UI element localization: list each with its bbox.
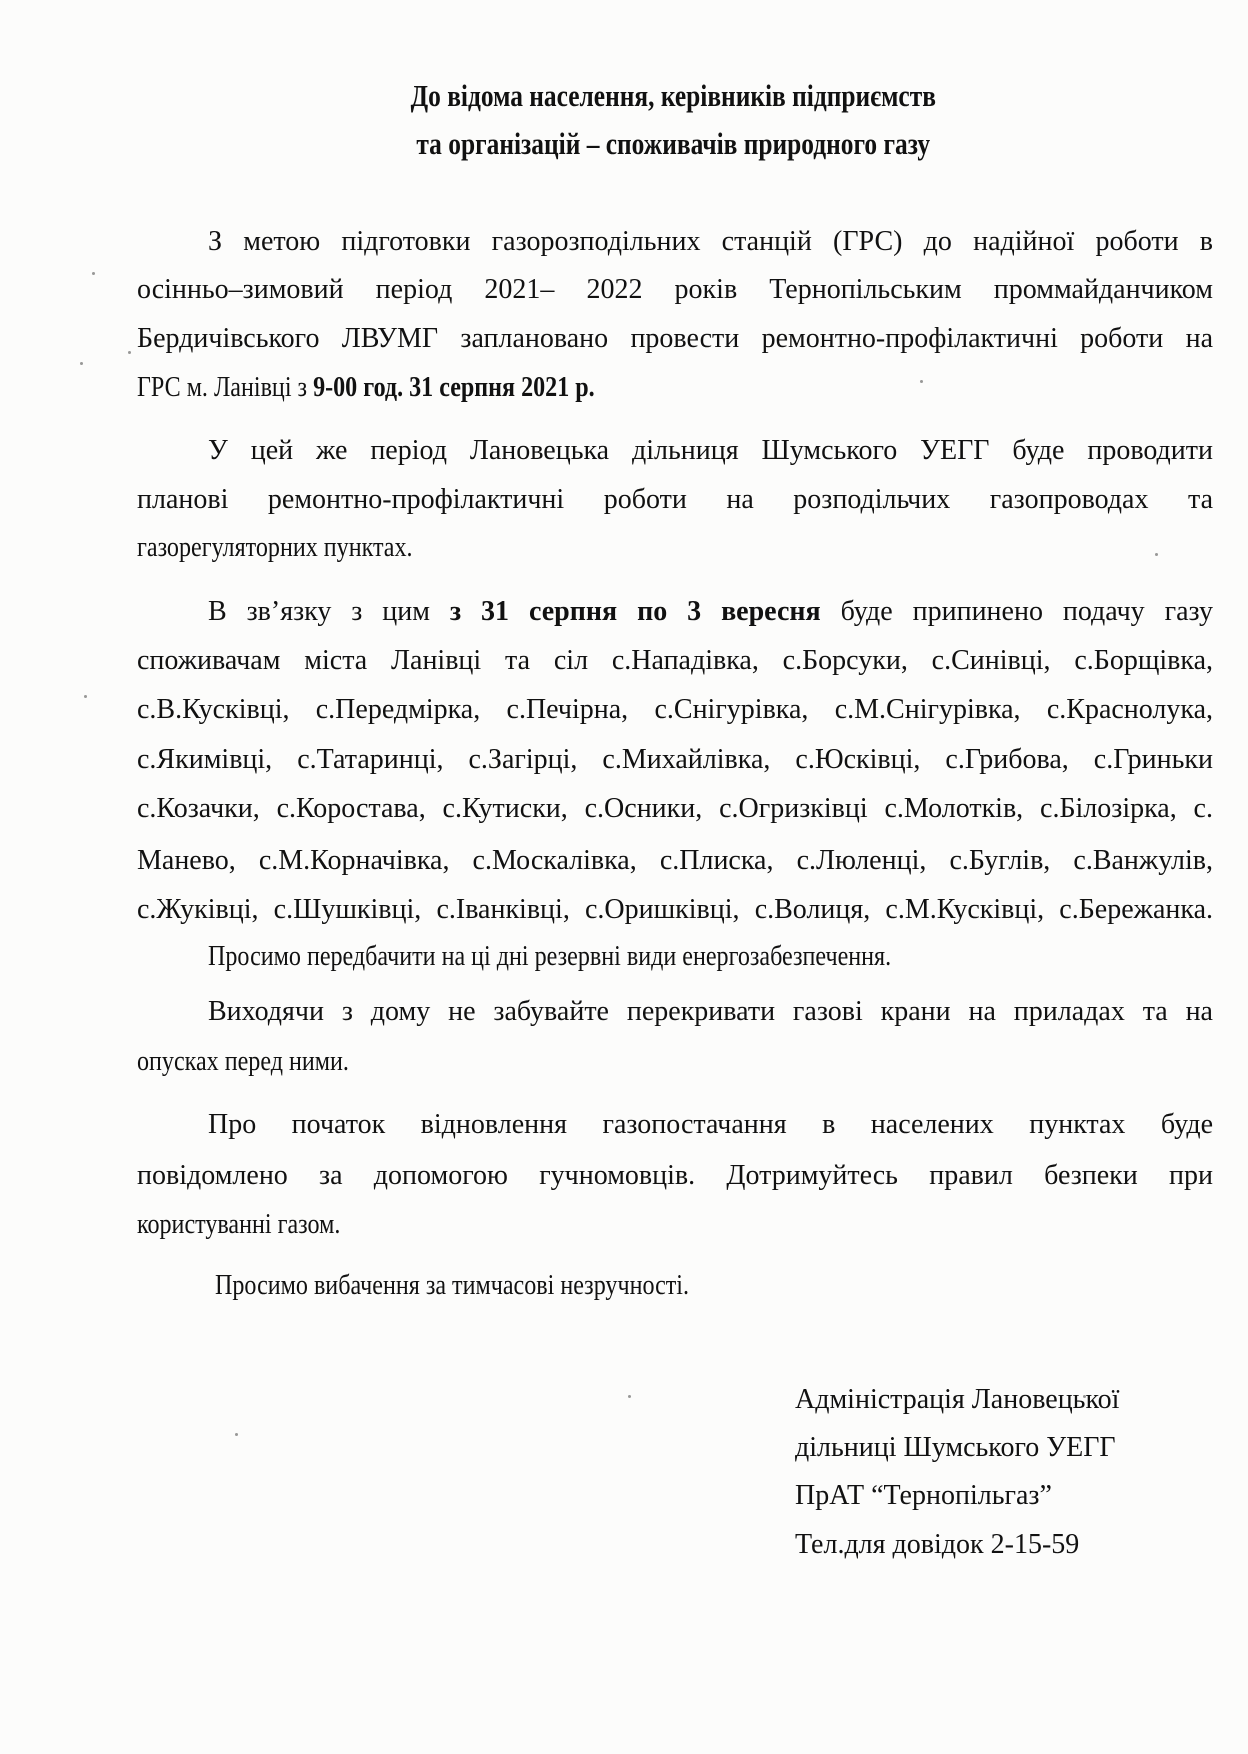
scan-speck	[920, 380, 923, 383]
work-start-date: 9-00 год. 31 серпня 2021 р.	[313, 372, 595, 403]
paragraph-3-plain-text: В зв’язку з цим	[208, 596, 450, 627]
notice-title-line-2: та організацій – споживачів природного г…	[300, 126, 1046, 162]
paragraph-6-line-1: Про початок відновлення газопостачання в…	[208, 1109, 1213, 1141]
paragraph-5-line-2: опусках перед ними.	[137, 1046, 1213, 1078]
paragraph-1-line-2: осінньо–зимовий період 2021– 2022 років …	[137, 274, 1213, 306]
village-list-line-4: с.Козачки, с.Коростава, с.Кутиски, с.Осн…	[137, 793, 1213, 825]
paragraph-1-line-4: ГРС м. Ланівці з 9-00 год. 31 серпня 202…	[137, 372, 1213, 404]
signature-line-4: Тел.для довідок 2-15-59	[795, 1529, 1079, 1561]
backup-energy-request: Просимо передбачити на ці дні резервні в…	[208, 941, 1213, 973]
scan-speck	[84, 695, 87, 698]
paragraph-3-line-1: В зв’язку з цим з 31 серпня по 3 вересня…	[208, 596, 1213, 628]
paragraph-6-line-3: користуванні газом.	[137, 1209, 1213, 1241]
village-list-line-3: с.Якимівці, с.Татаринці, с.Загірці, с.Ми…	[137, 744, 1213, 776]
scan-speck	[128, 351, 131, 354]
village-list-line-1: споживачам міста Ланівці та сіл с.Нападі…	[137, 645, 1213, 677]
scan-speck	[235, 1433, 238, 1436]
paragraph-2-line-1: У цей же період Лановецька дільниця Шумс…	[208, 435, 1213, 467]
scan-speck	[1155, 553, 1158, 556]
village-list-line-2: с.В.Кусківці, с.Передмірка, с.Печірна, с…	[137, 694, 1213, 726]
paragraph-3-suffix-text: буде припинено подачу газу	[821, 596, 1213, 627]
document-page: До відома населення, керівників підприєм…	[0, 0, 1248, 1754]
scan-speck	[92, 272, 95, 275]
paragraph-5-line-1: Виходячи з дому не забувайте перекривати…	[208, 996, 1213, 1028]
paragraph-1-line-3: Бердичівського ЛВУМГ заплановано провест…	[137, 323, 1213, 355]
scan-speck	[80, 362, 83, 365]
scan-speck	[1083, 1395, 1086, 1398]
gas-outage-period: з 31 серпня по 3 вересня	[450, 596, 821, 627]
paragraph-6-line-2: повідомлено за допомогою гучномовців. До…	[137, 1160, 1213, 1192]
village-list-line-6: с.Жуківці, с.Шушківці, с.Іванківці, с.Ор…	[137, 894, 1213, 926]
scan-speck	[628, 1395, 631, 1398]
paragraph-1-plain-text: ГРС м. Ланівці з	[137, 372, 313, 403]
signature-line-3: ПрАТ “Тернопільгаз”	[795, 1480, 1052, 1512]
signature-line-1: Адміністрація Лановецької	[795, 1384, 1119, 1416]
paragraph-2-line-3: газорегуляторних пунктах.	[137, 532, 1213, 564]
village-list-line-5: Манево, с.М.Корначівка, с.Москалівка, с.…	[137, 845, 1213, 877]
signature-line-2: дільниці Шумського УЕГГ	[795, 1432, 1116, 1464]
apology-text: Просимо вибачення за тимчасові незручнос…	[215, 1270, 1248, 1302]
paragraph-2-line-2: планові ремонтно-профілактичні роботи на…	[137, 484, 1213, 516]
paragraph-1-line-1: З метою підготовки газорозподільних стан…	[208, 226, 1213, 258]
notice-title-line-1: До відома населення, керівників підприєм…	[300, 78, 1046, 114]
